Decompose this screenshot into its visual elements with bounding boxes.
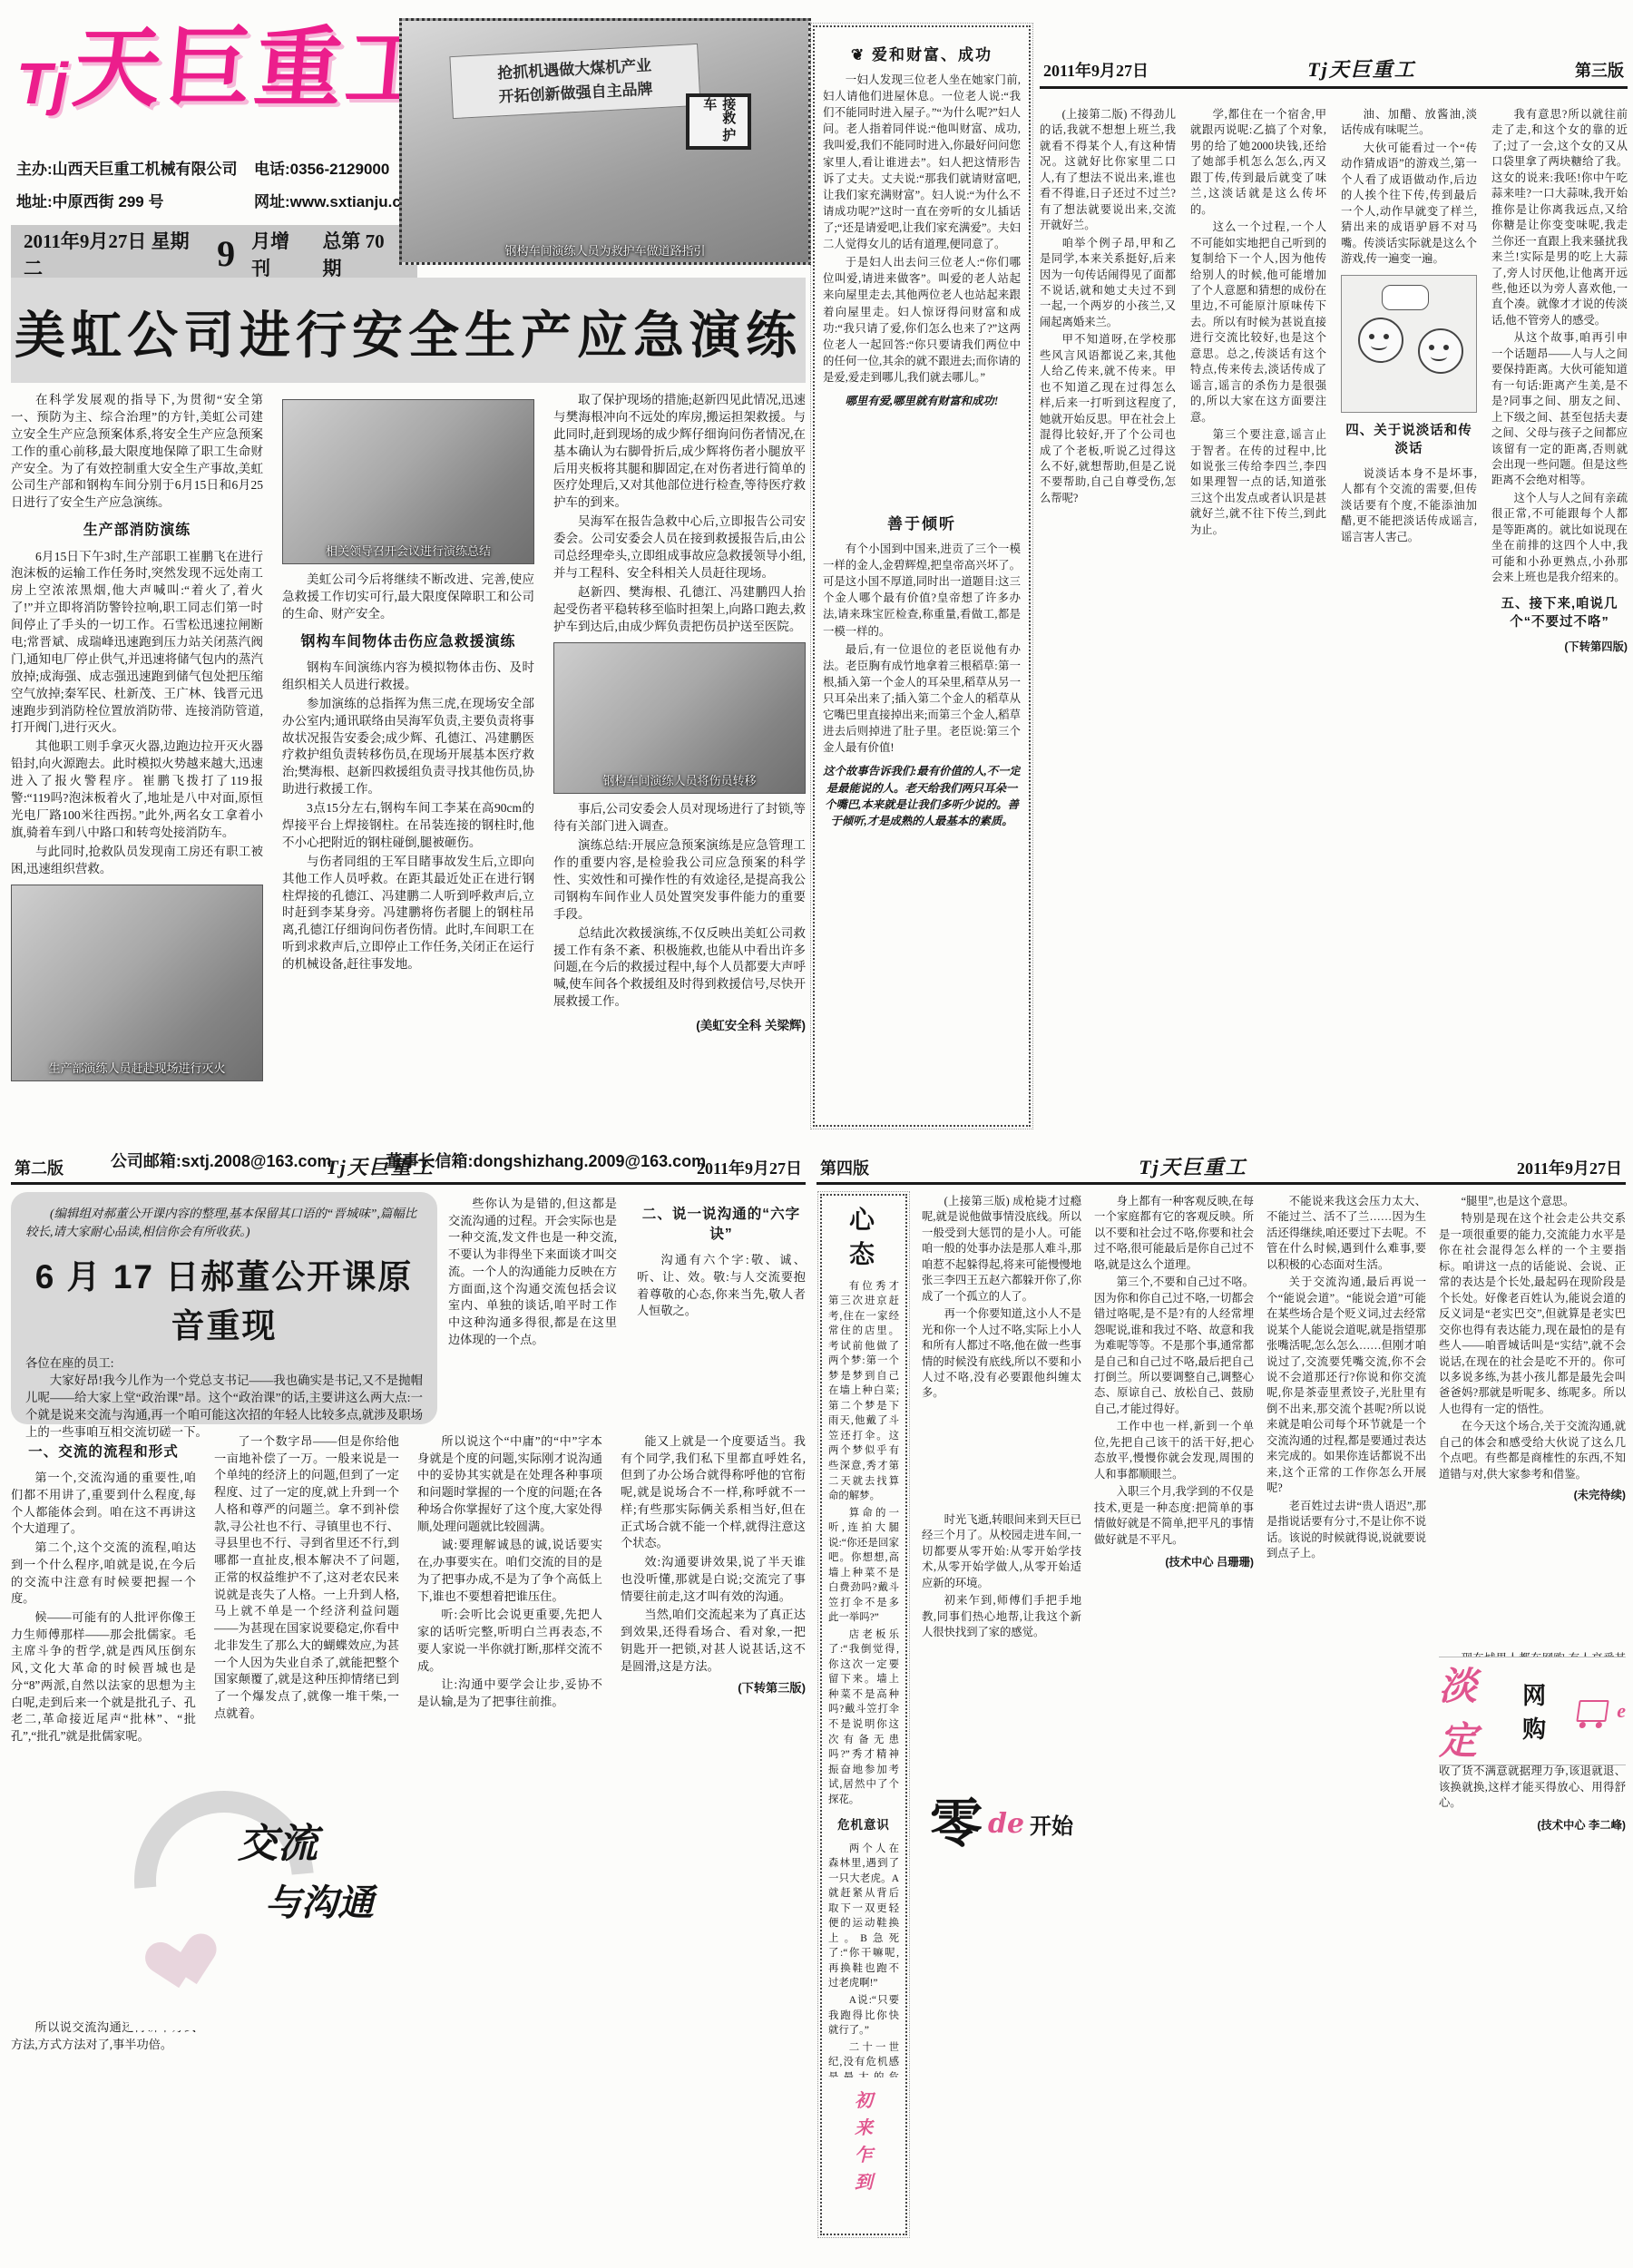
feature-story-2: 有个小国到中国来,进贡了三个一模一样的金人,金碧辉煌,把皇帝高兴坏了。可是这小国… [823,541,1021,1067]
page1-column-1: 在科学发展观的指导下,为贯彻“安全第一、预防为主、综合治理”的方针,美虹公司建立… [11,392,263,1138]
page1-headline: 美虹公司进行安全生产应急演练 [11,278,806,383]
body-paragraph: 事后,公司安委会人员对现场进行了封锁,等待有关部门进入调查。 [553,801,806,836]
shopping-cart-icon [1576,1700,1609,1722]
zero-character: 零 [930,1798,983,1851]
speech-salutation: 各位在座的员工: [25,1354,423,1372]
supplement-label: 月增刊 [251,227,306,281]
body-paragraph: 参加演练的总指挥为焦三虎,在现场安全部办公室内;通讯联络由吴海军负责,主要负责将… [282,696,534,798]
section-heading: 危机意识 [828,1816,899,1834]
page2-right-column-1: 些你认为是错的,但这都是交流沟通的过程。开会实际也是一种交流,发文件也是一种交流… [448,1196,617,1424]
billboard-sign: 抢抓机遇做大煤机产业 开拓创新做强自主品牌 [449,44,700,119]
body-paragraph: 当然,咱们交流起来为了真正达到效果,还得看场合、看对象,一把钥匙开一把锁,对甚人… [621,1607,806,1675]
body-paragraph: 让:沟通中要学会让步,妥协不是认输,是为了把事往前推。 [417,1677,602,1710]
body-paragraph: (上接第二版) 不得劲儿的话,我就不想想上班兰,我就看不得某个人,有这种情况。这… [1040,107,1176,234]
section-heading: 钢构车间物体击伤应急救援演练 [282,632,534,652]
section-heading: 一、交流的流程和形式 [11,1442,196,1462]
column-spacer [1439,1515,1626,1651]
page3: 2011年9月27日 Tj天巨重工 第三版 (上接第二版) 不得劲儿的话,我就不… [1040,13,1628,1188]
body-paragraph: 吴海军在报告急救中心后,立即报告公司安委会。公司安委会人员在接到救援报告后,由公… [553,513,806,582]
masthead-address: 地址:中原西街 299 号 [16,189,163,211]
article-photo: 生产部演练人员赶赴现场进行灭火 [11,885,263,1081]
continuation-note: (未完待续) [1439,1488,1626,1503]
body-paragraph: 有个小国到中国来,进贡了三个一模一样的金人,金碧辉煌,把皇帝高兴坏了。可是这小国… [823,541,1021,640]
page4-date: 2011年9月27日 [1517,1156,1622,1179]
masthead-dateline: 2011年9月27日 星期二 [24,227,200,281]
editor-note: (编辑组对郝董公开课内容的整理,基本保留其口语的“晋城味”,篇幅比较长,请大家耐… [25,1205,423,1242]
author-signature: (美虹安全科 关梁辉) [553,1018,806,1035]
body-paragraph: 听:会听比会说更重要,先把人家的话听完整,听明白兰再表态,不要人家说一半你就打断… [417,1607,602,1675]
body-paragraph: A说:“只要我跑得比你快就行了。” [828,1993,899,2038]
body-paragraph: 在今天这个场合,关于交流沟通,就自己的体会和感受给大伙说了这么几个点吧。有些都是… [1439,1419,1626,1482]
masthead-phone: 电话:0356-2129000 [254,156,389,179]
feature-story-1: 一妇人发现三位老人坐在她家门前,妇人请他们进屋休息。一位老人说:“我们不能同时进… [823,72,1021,498]
page1-column-2: 相关领导召开会议进行演练总结美虹公司今后将继续不断改进、完善,使应急救援工作切实… [282,392,534,1138]
body-paragraph: 与伤者同组的王军目睹事故发生后,立即向其他工作人员呼救。在距其最近处正在进行钢柱… [282,854,534,973]
shopping-characters: 网购 [1522,1677,1569,1745]
body-paragraph: 效:沟通要讲效果,说了半天谁也没听懂,那就是白说;交流完了事情要往前走,这才叫有… [621,1554,806,1605]
continuation-note: (下转第三版) [621,1680,806,1697]
body-paragraph: 第三个要注意,谣言止于智者。在传的过程中,比如说张三传给李四兰,李四如果理智一点… [1190,427,1326,538]
body-paragraph: 入职三个月,我学到的不仅是技术,更是一种态度:把简单的事情做好就是不简单,把平凡… [1094,1484,1254,1548]
page3-column-2: 学,都住在一个宿舍,甲就跟丙说呢:乙搞了个对象,男的给了她2000块钱,还给了她… [1190,107,1326,1130]
page2-column-4: 能又上就是一个度要适当。我有个同学,我们私下里都直呼姓名,但到了办公场合就得称呼… [621,1433,806,2246]
e-script: e [1617,1699,1626,1723]
body-paragraph: “腿里”,也是这个意思。 [1439,1194,1626,1209]
body-paragraph: 钢构车间演练内容为模拟物体击伤、及时组织相关人员进行救援。 [282,660,534,694]
page3-version: 第三版 [1575,58,1624,82]
page1-column-3: 取了保护现场的措施;赵新四见此情况,迅速与樊海根冲向不远处的库房,搬运担架救援。… [553,392,806,1138]
issue-number: 总第 70 期 [322,227,405,281]
page3-logo: Tj天巨重工 [1307,54,1416,83]
page2-rule [11,1182,806,1185]
body-paragraph: 算命的一听,连拍大腿说:“你还是回家吧。你想想,高墙上种菜不是白费劲吗?戴斗笠打… [828,1506,899,1626]
zero-start-art: 零 de 开始 [922,1776,1081,1872]
body-paragraph: 诚:要理解诚恳的诚,说话要实在,办事要实在。咱们交流的目的是为了把事办成,不是为… [417,1537,602,1605]
page4-column-C: 不能说来我这会压力太大、不能过兰、活不了兰……因为生活还得继续,咱还要过下去呢。… [1266,1194,1426,2237]
mindset-column: 心 态 有位秀才第三次进京赶考,住在一家经常住的店里。考试前他做了两个梦:第一个… [820,1194,907,2235]
body-paragraph: 学,都住在一个宿舍,甲就跟丙说呢:乙搞了个对象,男的给了她2000块钱,还给了她… [1190,107,1326,218]
page4-column-A: (上接第三版) 成枪毙才过瘾呢,就是说他做事情没底线。所以一般受到大惩罚的是小人… [922,1194,1081,2237]
page3-column-4: 我有意思?所以就往前走了走,和这个女的靠的近了;过了一会,这个女的又从口袋里拿了… [1491,107,1628,1130]
body-paragraph: 我有意思?所以就往前走了走,和这个女的靠的近了;过了一会,这个女的又从口袋里拿了… [1491,107,1628,328]
body-paragraph: 这么一个过程,一个人不可能如实地把自己听到的复制给下一个人,因为他传给别人的时候… [1190,220,1326,425]
page4: 第四版 Tj天巨重工 2011年9月27日 心 态 有位秀才第三次进京赶考,住在… [816,1150,1626,2255]
page2-column-3: 所以说这个“中庸”的“中”字本身就是个度的问题,实际刚才说沟通中的妥协其实就是在… [417,1433,602,2246]
page2-right-column-2: 二、说一说沟通的“六字诀”沟通有六个字:敬、诚、听、让、效。敬:与人交流要抱着尊… [637,1196,806,1424]
page3-header: 2011年9月27日 Tj天巨重工 第三版 [1040,13,1628,86]
body-paragraph: 与此同时,抢救队员发现南工房还有职工被困,迅速组织营救。 [11,844,263,878]
page4-logo: Tj天巨重工 [1139,1152,1247,1180]
body-paragraph: 演练总结:开展应急预案演练是应急管理工作的重要内容,是检验我公司应急预案的科学性… [553,837,806,923]
body-paragraph: 第一个,交流沟通的重要性,咱们都不用讲了,重要到什么程度,每个人都能体会到。咱在… [11,1470,196,1538]
page2-intro-box: (编辑组对郝董公开课内容的整理,基本保留其口语的“晋城味”,篇幅比较长,请大家耐… [11,1192,437,1424]
body-paragraph: 这个人与人之间有亲疏很正常,不可能跟每个人都是等距离的。就比如说现在坐在前排的这… [1491,491,1628,586]
page2-header: 第二版 Tj天巨重工 2011年9月27日 [11,1150,806,1182]
feature-title-listening: 善于倾听 [823,511,1021,533]
body-paragraph: 其他职工则手拿灭火器,边跑边拉开灭火器铅封,向火源跑去。此时模拟火势越来越大,迅… [11,738,263,841]
body-paragraph: 再一个你要知道,这小人不是光和你一个人过不咯,实际上小人和所有人都过不咯,他在做… [922,1306,1081,1402]
mindset-text: 有位秀才第三次进京赶考,住在一家经常住的店里。考试前他做了两个梦:第一个梦是梦到… [828,1279,899,2077]
article-photo: 钢构车间演练人员将伤员转移 [553,642,806,794]
body-paragraph: 最后,有一位退位的老臣说他有办法。老臣胸有成竹地拿着三根稻草:第一根,插入第一个… [823,641,1021,757]
body-paragraph: 时光飞逝,转眼间来到天巨已经三个月了。从校园走进车间,一切都要从零开始:从零开始… [922,1512,1081,1591]
page3-column-3: 油、加醋、放酱油,淡话传成有味呢兰。大伙可能看过一个“传动作猜成语”的游戏兰,第… [1341,107,1477,1130]
feature-title-love-wealth-success: ❦ 爱和财富、成功 [823,42,1021,64]
section-heading: 五、接下来,咱说几个“不要过不咯” [1491,595,1628,632]
logo-tj-icon: Tj [16,54,68,112]
body-paragraph: 甲不知道呀,在学校那些风言风语都说乙来,其他人给乙传来,就不传来。甲也不知道乙现… [1040,332,1176,506]
continuation-note: (下转第四版) [1491,640,1628,655]
body-paragraph: 说淡话本身不是坏事,人都有个交流的需要,但传淡话要有个度,不能添油加醋,更不能把… [1341,466,1477,545]
body-paragraph: 特别是现在这个社会走公共交系是一项很重要的能力,交流能力水平是你在社会混得怎么样… [1439,1211,1626,1417]
body-paragraph: 身上都有一种客观反映,在每一个家庭都有它的客观反映。所以不要和社会过不咯,你要和… [1094,1194,1254,1273]
body-paragraph: 所以说这个“中庸”的“中”字本身就是个度的问题,实际刚才说沟通中的妥协其实就是在… [417,1433,602,1535]
body-paragraph: 总结此次救援演练,不仅反映出美虹公司救援工作有条不紊、积极施救,也能从中看出许多… [553,925,806,1011]
article-photo: 相关领导召开会议进行演练总结 [282,399,534,564]
body-paragraph: 工作中也一样,新到一个单位,先把自己该干的活干好,把心态放平,慢慢你就会发现,周… [1094,1419,1254,1482]
page1: Tj 天巨重工 主办:山西天巨重工机械有限公司 电话:0356-2129000 … [11,13,806,1188]
section-heading: 二、说一说沟通的“六字诀” [637,1205,806,1245]
page4-rule [816,1182,1626,1185]
body-paragraph: 初来乍到,师傅们手把手地教,同事们热心地帮,让我这个新人很快找到了家的感觉。 [922,1593,1081,1640]
body-paragraph: 取了保护现场的措施;赵新四见此情况,迅速与樊海根冲向不远处的库房,搬运担架救援。… [553,392,806,512]
calm-online-shopping-art: 淡定 网购 e [1439,1657,1626,1765]
calligraphy-word-1: 交流 [238,1811,318,1869]
author-signature: (技术中心 李二峰) [1439,1818,1626,1833]
start-characters: 开始 [1030,1808,1073,1840]
body-paragraph: 店老板乐了:“我倒觉得,你这次一定要留下来。墙上种菜不是高种吗?戴斗笠打伞不是说… [828,1628,899,1807]
body-paragraph: 赵新四、樊海根、孔德江、冯建鹏四人抬起受伤者平稳转移至临时担架上,向路口跑去,救… [553,584,806,636]
masthead-photo-caption: 钢构车间演练人员为救护车做道路指引 [404,241,807,259]
masthead-logo: Tj 天巨重工 [16,25,436,112]
body-paragraph: 咱举个例子昂,甲和乙是同学,本来关系挺好,后来因为一句传话闹得见了面都不说话,就… [1040,236,1176,331]
body-paragraph: 沟通有六个字:敬、诚、听、让、效。敬:与人交流要抱着尊敬的心态,你来当先,敬人者… [637,1252,806,1320]
page4-header: 第四版 Tj天巨重工 2011年9月27日 [816,1150,1626,1182]
body-paragraph: 从这个故事,咱再引申一个话题昂——人与人之间要保持距离。大伙可能知道有一句话:距… [1491,330,1628,489]
section-heading: 生产部消防演练 [11,521,263,541]
page2-logo: Tj天巨重工 [326,1152,435,1180]
de-script: de [988,1808,1024,1840]
logo-brand-name: 天巨重工 [70,25,440,112]
comic-illustration [1341,275,1477,413]
speech-opening: 大家好昂!我今儿作为一个党总支书记——我也确实是书记,又不是抛帽儿呢——给大家上… [25,1372,423,1441]
page3-date: 2011年9月27日 [1043,58,1149,82]
body-paragraph: 两个人在森林里,遇到了一只大老虎。A就赶紧从背后取下一双更轻便的运动鞋换上。B急… [828,1842,899,1991]
body-paragraph: 候——可能有的人批评你像王力生师傅那样——那会批儒家。毛主席斗争的哲学,就是西风… [11,1609,196,1745]
body-paragraph: 老百姓过去讲“贵人语迟”,那是指说话要有分寸,不是让你不说话。该说的时候就得说,… [1266,1499,1426,1562]
author-signature: (技术中心 吕珊珊) [1094,1555,1254,1570]
body-paragraph: 能又上就是一个度要适当。我有个同学,我们私下里都直呼姓名,但到了办公场合就得称呼… [621,1433,806,1552]
body-paragraph: 些你认为是错的,但这都是交流沟通的过程。开会实际也是一种交流,发文件也是一种交流… [448,1196,617,1349]
communication-calligraphy-art: 交流 与沟通 [129,1785,410,2030]
ambulance-placard: 接救 护车 [686,93,751,150]
section-heading: 四、关于说淡话和传淡话 [1341,422,1477,459]
masthead-organizer: 主办:山西天巨重工机械有限公司 [16,156,238,179]
feature-column: ❦ 爱和财富、成功 一妇人发现三位老人坐在她家门前,妇人请他们进屋休息。一位老人… [813,25,1031,1127]
page4-column-B: 身上都有一种客观反映,在每一个家庭都有它的客观反映。所以不要和社会过不咯,你要和… [1094,1194,1254,2237]
photo-caption: 生产部演练人员赶赴现场进行灭火 [14,1061,260,1077]
body-paragraph: 了一个数字昂——但是你给他一亩地补偿了一万。一般来说是一个单纯的经济上的问题,但… [214,1433,399,1722]
heart-decoration-icon [157,1932,225,1996]
body-paragraph: (上接第三版) 成枪毙才过瘾呢,就是说他做事情没底线。所以一般受到大惩罚的是小人… [922,1194,1081,1305]
page3-rule [1040,86,1628,89]
body-paragraph: 二十一世纪,没有危机感是最大的危机。当更多的老虎来临时,我们,有没有准备好自己的… [828,2040,899,2077]
masthead-photo: 抢抓机遇做大煤机产业 开拓创新做强自主品牌 接救 护车 钢构车间演练人员为救护车… [399,18,811,265]
body-paragraph: 第三个,不要和自己过不咯。因为你和你自己过不咯,一切都会错过咯呢,是不是?有的人… [1094,1275,1254,1417]
photo-caption: 相关领导召开会议进行演练总结 [285,543,532,560]
body-paragraph: 不能说来我这会压力太大、不能过兰、活不了兰……因为生活还得继续,咱还要过下去呢。… [1266,1194,1426,1273]
body-paragraph: 油、加醋、放酱油,淡话传成有味呢兰。 [1341,107,1477,139]
body-paragraph: 关于交流沟通,最后再说一个“能说会道”。“能说会道”可能在某些场合是个贬义词,过… [1266,1275,1426,1496]
body-paragraph: 一妇人发现三位老人坐在她家门前,妇人请他们进屋休息。一位老人说:“我们不能同时进… [823,72,1021,252]
body-paragraph: 大伙可能看过一个“传动作猜成语”的游戏兰,第一个人看了成语做动作,后边的人挨个往… [1341,141,1477,268]
calm-script: 淡定 [1439,1657,1513,1765]
body-paragraph: 于是妇人出去问三位老人:“你们哪位叫爱,请进来做客”。叫爱的老人站起来向屋里走去… [823,254,1021,386]
mindset-title: 心 态 [828,1203,899,1272]
photo-caption: 钢构车间演练人员将伤员转移 [556,773,803,789]
page4-version: 第四版 [820,1156,869,1179]
page2: 第二版 Tj天巨重工 2011年9月27日 (编辑组对郝董公开课内容的整理,基本… [11,1150,806,2255]
page2-version: 第二版 [15,1156,64,1179]
page2-date: 2011年9月27日 [697,1156,802,1179]
newspaper-sheet: Tj 天巨重工 主办:山西天巨重工机械有限公司 电话:0356-2129000 … [0,0,1633,2268]
calligraphy-word-2: 与沟通 [265,1874,374,1926]
column-spacer [922,1403,1081,1512]
body-paragraph: 这个故事告诉我们:最有价值的人,不一定是最能说的人。老天给我们两只耳朵一个嘴巴,… [823,763,1021,828]
supplement-number: 9 [217,236,235,272]
body-paragraph: 哪里有爱,哪里就有财富和成功! [823,393,1021,409]
masthead-datebar: 2011年9月27日 星期二 9 月增刊 总第 70 期 [11,225,417,283]
body-paragraph: 第二个,这个交流的流程,咱达到一个什么程序,咱就是说,在今后的交流中注意有时候要… [11,1540,196,1608]
newcomer-badge: 初 来 乍 到 [828,2087,899,2195]
body-paragraph: 6月15日下午3时,生产部职工崔鹏飞在进行泡沫板的运输工作任务时,突然发现不远处… [11,549,263,738]
body-paragraph: 有位秀才第三次进京赶考,住在一家经常住的店里。考试前他做了两个梦:第一个梦是梦到… [828,1279,899,1504]
body-paragraph: 美虹公司今后将继续不断改进、完善,使应急救援工作切实可行,最大限度保障职工和公司… [282,572,534,623]
page2-headline: 6 月 17 日郝董公开课原音重现 [25,1249,423,1347]
body-paragraph: 在科学发展观的指导下,为贯彻“安全第一、预防为主、综合治理”的方针,美虹公司建立… [11,392,263,512]
body-paragraph: 3点15分左右,钢构车间工李某在高90cm的焊接平台上焊接钢柱。在吊装连接的钢柱… [282,800,534,852]
page3-column-1: (上接第二版) 不得劲儿的话,我就不想想上班兰,我就看不得某个人,有这种情况。这… [1040,107,1176,1130]
